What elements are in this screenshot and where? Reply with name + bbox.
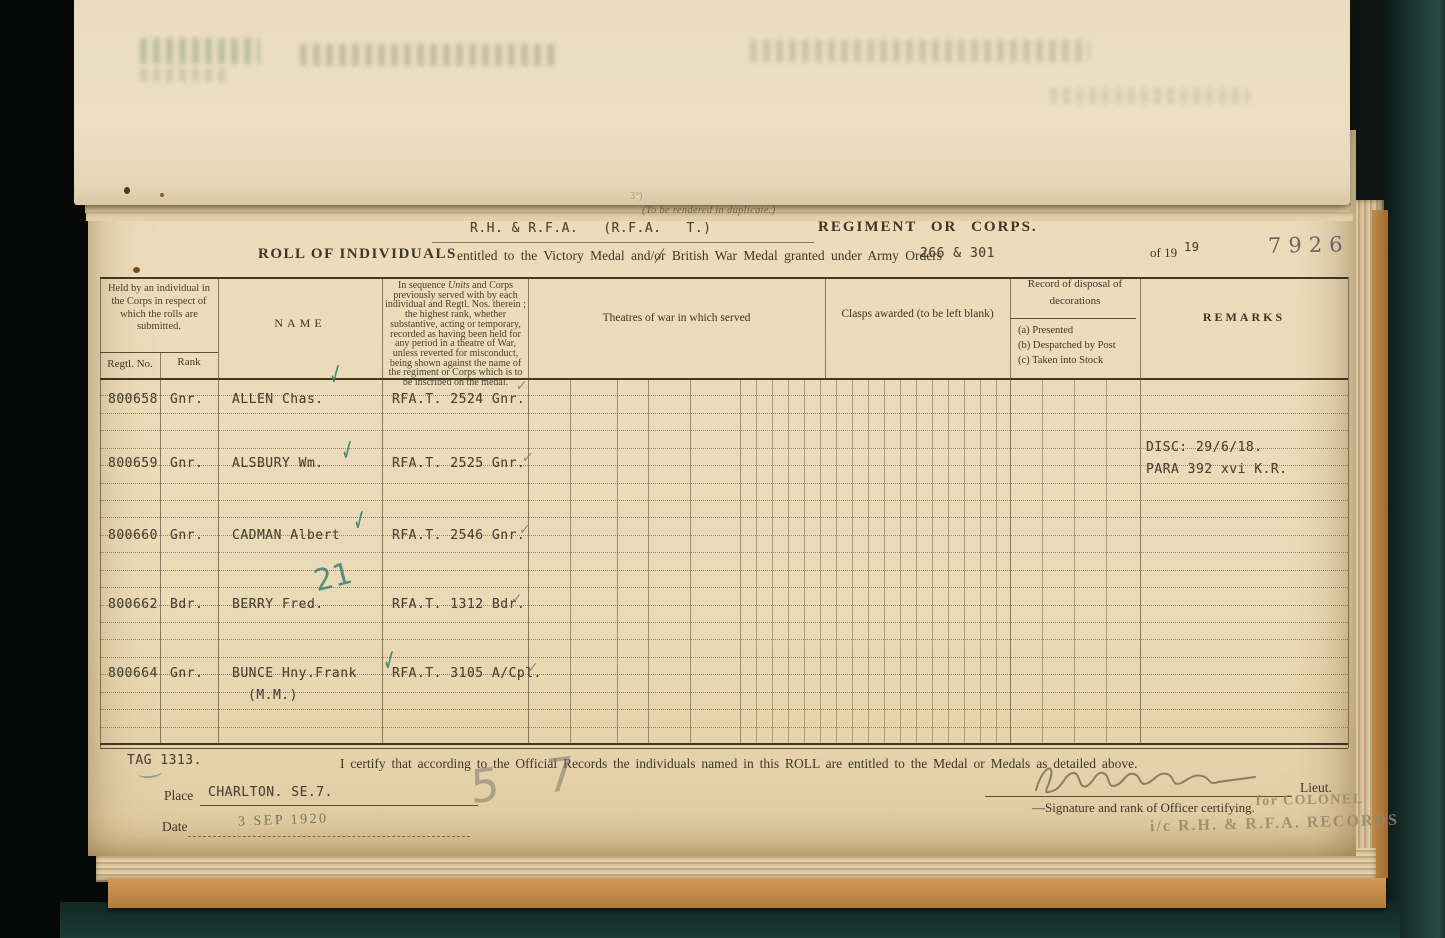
grid-vline [690,378,691,743]
col-header-name: NAME [220,316,380,331]
certify-statement: I certify that according to the Official… [340,756,1138,772]
row-rank: Gnr. [170,666,203,681]
grid-hline [100,743,1348,745]
row-regtl_no: 800659 [108,456,158,471]
regiment-or-corps-label: REGIMENT OR CORPS. [818,219,1038,236]
roll-number-stamp: 7926 [1268,232,1350,257]
row-units: RFA.T. 2524 Gnr. [392,392,525,407]
signature-line [985,796,1292,797]
grid-vline [648,378,649,743]
grid-vline [788,378,789,743]
row-units: RFA.T. 3105 A/Cpl. [392,666,542,681]
row-name: BERRY Fred. [232,597,324,612]
pen-mark-small: ✓ [515,377,528,396]
row-units: RFA.T. 2525 Gnr. [392,456,525,471]
grid-dotline [100,483,1348,484]
col-header-remarks: REMARKS [1142,310,1346,325]
grid-vline [1010,278,1011,743]
pen-mark-small: ✓ [510,590,523,609]
scanned-book-photo: 3°) (To be rendered in duplicate.) R.H. … [0,0,1445,938]
col-header-held-by: Held by an individual in the Corps in re… [104,283,214,334]
row-regtl_no: 800664 [108,666,158,681]
grid-vline [160,352,161,743]
roll-title-b: British War Medal granted under Army Ord… [666,248,942,263]
roll-title-struck: or [654,248,665,264]
regiment-blank-line [432,242,814,243]
date-line [188,836,470,837]
grid-dotline [100,500,1348,501]
grid-vline [820,378,821,743]
pen-mark: ✓ [338,433,357,470]
row-remarks: DISC: 29/6/18. [1146,440,1263,455]
grid-dotline [100,413,1348,414]
grid-hline [100,378,1348,380]
row-name: CADMAN Albert [232,528,340,543]
col-header-disposal-b: (b) Despatched by Post [1018,339,1116,354]
place-value: CHARLTON. SE.7. [208,785,333,800]
grid-vline [1106,378,1107,743]
grid-hline [100,748,1348,749]
grid-vline [1348,277,1349,748]
foxing-speck [124,187,130,194]
row-name-line2: (M.M.) [248,688,298,703]
pen-mark: 21 [310,556,356,599]
date-stamp: 3 SEP 1920 [238,811,329,830]
unit-typed: R.H. & R.F.A. (R.F.A. T.) [470,221,711,236]
grid-vline [932,378,933,743]
grid-vline [980,378,981,743]
grid-vline [804,378,805,743]
date-label: Date [162,819,187,835]
col-header-units-desc: In sequence Units and Corps previously s… [385,281,526,388]
grid-hline [100,352,218,353]
row-rank: Gnr. [170,392,203,407]
records-stamp-line1: for COLONEL [1256,792,1364,810]
place-label: Place [164,788,193,804]
col-header-rank: Rank [162,356,216,368]
year-typed: 19 [1184,240,1199,254]
pen-mark: ✓ [326,357,345,394]
faint-mark: 3°) [630,191,642,202]
row-rank: Gnr. [170,528,203,543]
grid-vline [900,378,901,743]
row-regtl_no: 800662 [108,597,158,612]
signature-caption: —Signature and rank of Officer certifyin… [1032,800,1255,816]
grid-vline [884,378,885,743]
grid-dotline [100,587,1348,588]
grid-vline [836,378,837,743]
roll-title-a: entitled to the Victory Medal and/ [457,248,654,263]
row-remarks: PARA 392 xvi K.R. [1146,462,1288,477]
grid-dotline [100,570,1348,571]
pen-mark-small: ✓ [518,521,531,540]
row-rank: Gnr. [170,456,203,471]
foxing-speck [160,193,164,197]
grid-vline [772,378,773,743]
grid-vline [1140,278,1141,743]
grid-dotline [100,430,1348,431]
row-regtl_no: 800658 [108,392,158,407]
grid-vline [617,378,618,743]
pen-mark-small: ✓ [521,449,534,468]
grid-vline [825,278,826,378]
row-name: ALSBURY Wm. [232,456,324,471]
grid-vline [868,378,869,743]
foxing-speck [133,267,140,273]
tag-note: TAG 1313. [127,753,202,768]
grid-vline [382,278,383,743]
grid-hline [1010,318,1136,319]
grid-vline [1074,378,1075,743]
col-header-disposal-title: Record of disposal of decorations [1014,276,1136,310]
row-regtl_no: 800660 [108,528,158,543]
grid-vline [100,277,101,748]
col-header-theatres: Theatres of war in which served [530,312,823,324]
row-units: RFA.T. 1312 Bdr. [392,597,525,612]
grid-dotline [100,657,1348,658]
col-header-clasps: Clasps awarded (to be left blank) [827,308,1008,320]
row-rank: Bdr. [170,597,203,612]
grid-vline [740,378,741,743]
place-line [200,805,478,806]
row-name: BUNCE Hny.Frank [232,666,357,681]
roll-title: entitled to the Victory Medal and/or Bri… [457,248,942,264]
col-header-disposal-a: (a) Presented [1018,324,1073,339]
grid-dotline [100,727,1348,728]
grid-vline [756,378,757,743]
pen-mark-small: ✓ [526,659,539,678]
row-name: ALLEN Chas. [232,392,324,407]
grid-dotline [100,622,1348,623]
col-header-regtl-no: Regtl. No. [102,358,158,370]
grid-vline [570,378,571,743]
grid-vline [852,378,853,743]
grid-dotline [100,552,1348,553]
grid-dotline [100,639,1348,640]
duplicate-note: (To be rendered in duplicate.) [642,205,776,216]
page-content: 3°) (To be rendered in duplicate.) R.H. … [0,0,1445,938]
grid-dotline [100,517,1348,518]
pencil-note: 5 7 [470,743,592,814]
grid-dotline [100,709,1348,710]
pen-curl [138,767,163,779]
col-header-disposal-c: (c) Taken into Stock [1018,354,1103,369]
grid-hline [100,277,1348,279]
roll-title-lead: ROLL OF INDIVIDUALS [258,246,457,263]
army-orders-typed: 266 & 301 [920,246,995,261]
row-units: RFA.T. 2546 Gnr. [392,528,525,543]
of-year-printed: of 19 [1150,245,1177,261]
grid-vline [948,378,949,743]
grid-vline [964,378,965,743]
grid-vline [218,278,219,743]
grid-vline [1042,378,1043,743]
grid-vline [916,378,917,743]
grid-vline [996,378,997,743]
